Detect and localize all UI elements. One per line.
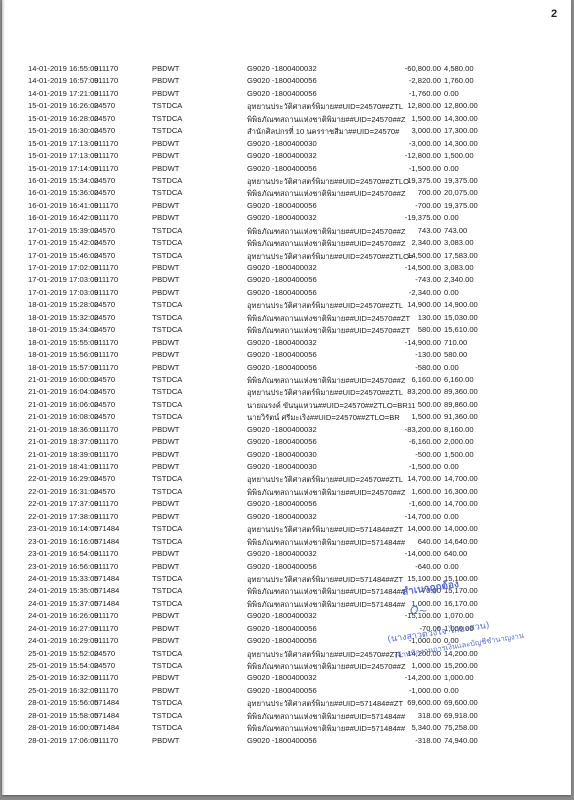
row-description: อุทยานประวัติศาสตร์พิมาย##UID=571484##ZT [247, 698, 403, 710]
row-description: G9020 -1800400056 [247, 89, 317, 98]
row-datetime: 23-01-2019 16:14:00 [28, 524, 99, 533]
row-description: G9020 -1800400032 [247, 673, 317, 682]
row-amount: -500.00 [415, 450, 441, 459]
row-code: 571484 [94, 574, 119, 583]
row-code: 911170 [94, 164, 118, 173]
row-amount: -14,900.00 [405, 338, 441, 347]
table-row: 21-01-2019 16:00:0024570TSTDCAพิพิธภัณฑส… [2, 375, 571, 387]
row-description: พิพิธภัณฑสถานแห่งชาติพิมาย##UID=24570##Z [247, 114, 406, 126]
row-balance: 20,075.00 [444, 188, 478, 197]
row-code: 911170 [94, 338, 118, 347]
row-amount: 12,800.00 [407, 101, 441, 110]
row-datetime: 15-01-2019 16:26:00 [28, 101, 99, 110]
row-datetime: 21-01-2019 18:37:00 [28, 437, 99, 446]
row-type: PBDWT [152, 350, 179, 359]
document-page: 2 14-01-2019 16:55:00911170PBDWTG9020 -1… [2, 0, 571, 795]
row-type: PBDWT [152, 636, 179, 645]
row-balance: 743.00 [444, 226, 467, 235]
row-balance: 15,200.00 [444, 661, 478, 670]
table-row: 23-01-2019 16:14:00571484TSTDCAอุทยานประ… [2, 524, 571, 536]
row-code: 911170 [94, 139, 118, 148]
row-code: 571484 [94, 711, 119, 720]
row-balance: 14,700.00 [444, 499, 478, 508]
row-amount: 640.00 [418, 537, 441, 546]
row-amount: 318.00 [418, 711, 441, 720]
row-type: TSTDCA [152, 238, 182, 247]
row-description: G9020 -1800400056 [247, 636, 317, 645]
row-datetime: 25-01-2019 15:54:00 [28, 661, 99, 670]
row-code: 911170 [94, 462, 118, 471]
row-type: PBDWT [152, 512, 179, 521]
table-row: 28-01-2019 15:56:00571484TSTDCAอุทยานประ… [2, 698, 571, 710]
row-datetime: 24-01-2019 16:29:00 [28, 636, 99, 645]
row-balance: 0.00 [444, 512, 459, 521]
table-row: 14-01-2019 17:21:00911170PBDWTG9020 -180… [2, 89, 571, 101]
row-amount: 1,600.00 [411, 487, 441, 496]
row-datetime: 22-01-2019 16:31:00 [28, 487, 99, 496]
row-description: พิพิธภัณฑสถานแห่งชาติพิมาย##UID=24570##Z [247, 661, 406, 673]
row-description: อุทยานประวัติศาสตร์พิมาย##UID=571484##ZT [247, 574, 403, 586]
row-datetime: 17-01-2019 17:02:00 [28, 263, 99, 272]
row-code: 911170 [94, 288, 118, 297]
row-code: 24570 [94, 251, 115, 260]
row-description: G9020 -1800400056 [247, 350, 317, 359]
table-row: 17-01-2019 17:03:00911170PBDWTG9020 -180… [2, 288, 571, 300]
row-description: G9020 -1800400032 [247, 64, 317, 73]
row-amount: 1,500.00 [411, 412, 441, 421]
row-amount: 500.00 [418, 400, 441, 409]
row-description: G9020 -1800400030 [247, 139, 317, 148]
row-balance: 1,760.00 [444, 76, 474, 85]
table-row: 25-01-2019 15:54:0024570TSTDCAพิพิธภัณฑส… [2, 661, 571, 673]
row-code: 24570 [94, 188, 115, 197]
row-type: PBDWT [152, 213, 179, 222]
row-balance: 15,030.00 [444, 313, 478, 322]
row-datetime: 24-01-2019 15:35:00 [28, 586, 99, 595]
row-code: 911170 [94, 151, 118, 160]
table-row: 16-01-2019 16:41:00911170PBDWTG9020 -180… [2, 201, 571, 213]
row-description: พิพิธภัณฑสถานแห่งชาติพิมาย##UID=24570##Z [247, 226, 406, 238]
row-datetime: 18-01-2019 15:55:00 [28, 338, 99, 347]
row-balance: 14,700.00 [444, 474, 478, 483]
row-description: G9020 -1800400056 [247, 76, 317, 85]
row-amount: 580.00 [418, 325, 441, 334]
row-amount: -1,500.00 [409, 462, 441, 471]
row-code: 911170 [94, 201, 118, 210]
row-code: 24570 [94, 412, 115, 421]
row-type: PBDWT [152, 76, 179, 85]
table-row: 17-01-2019 15:46:0024570TSTDCAอุทยานประว… [2, 251, 571, 263]
table-row: 16-01-2019 15:34:0024570TSTDCAอุทยานประว… [2, 176, 571, 188]
row-datetime: 28-01-2019 15:56:00 [28, 698, 99, 707]
table-row: 22-01-2019 16:29:0024570TSTDCAอุทยานประว… [2, 474, 571, 486]
row-type: TSTDCA [152, 114, 182, 123]
row-type: PBDWT [152, 437, 179, 446]
row-type: PBDWT [152, 288, 179, 297]
table-row: 17-01-2019 15:42:0024570TSTDCAพิพิธภัณฑส… [2, 238, 571, 250]
row-code: 911170 [94, 89, 118, 98]
table-row: 14-01-2019 16:57:00911170PBDWTG9020 -180… [2, 76, 571, 88]
row-balance: 89,360.00 [444, 387, 478, 396]
row-datetime: 14-01-2019 17:21:00 [28, 89, 99, 98]
row-datetime: 18-01-2019 15:32:00 [28, 313, 99, 322]
row-type: PBDWT [152, 499, 179, 508]
row-amount: 1,000.00 [411, 661, 441, 670]
table-row: 17-01-2019 17:02:00911170PBDWTG9020 -180… [2, 263, 571, 275]
row-datetime: 16-01-2019 15:34:00 [28, 176, 99, 185]
row-description: พิพิธภัณฑสถานแห่งชาติพิมาย##UID=24570##Z [247, 375, 406, 387]
table-row: 15-01-2019 17:13:00911170PBDWTG9020 -180… [2, 139, 571, 151]
row-description: อุทยานประวัติศาสตร์พิมาย##UID=24570##ZTL [247, 101, 403, 113]
table-row: 23-01-2019 16:16:00571484TSTDCAพิพิธภัณฑ… [2, 537, 571, 549]
row-amount: 3,000.00 [411, 126, 441, 135]
row-code: 911170 [94, 275, 118, 284]
row-amount: -14,000.00 [405, 549, 441, 558]
table-row: 21-01-2019 18:36:00911170PBDWTG9020 -180… [2, 425, 571, 437]
row-balance: 1,070.00 [444, 611, 474, 620]
row-code: 24570 [94, 474, 115, 483]
row-datetime: 24-01-2019 16:26:00 [28, 611, 99, 620]
row-description: G9020 -1800400032 [247, 425, 317, 434]
row-code: 911170 [94, 213, 118, 222]
row-datetime: 17-01-2019 17:03:00 [28, 288, 99, 297]
row-amount: 130.00 [418, 313, 441, 322]
row-balance: 16,170.00 [444, 599, 478, 608]
row-type: TSTDCA [152, 711, 182, 720]
row-type: TSTDCA [152, 375, 182, 384]
table-row: 17-01-2019 17:03:00911170PBDWTG9020 -180… [2, 275, 571, 287]
row-balance: 2,000.00 [444, 437, 474, 446]
row-description: G9020 -1800400056 [247, 686, 317, 695]
row-description: G9020 -1800400032 [247, 611, 317, 620]
table-row: 15-01-2019 16:26:0024570TSTDCAอุทยานประว… [2, 101, 571, 113]
row-datetime: 18-01-2019 15:28:00 [28, 300, 99, 309]
row-code: 911170 [94, 499, 118, 508]
row-datetime: 22-01-2019 17:38:00 [28, 512, 99, 521]
row-amount: -6,160.00 [409, 437, 441, 446]
row-balance: 12,800.00 [444, 101, 478, 110]
row-amount: 69,600.00 [407, 698, 441, 707]
row-code: 911170 [94, 673, 118, 682]
row-code: 571484 [94, 586, 119, 595]
row-description: G9020 -1800400032 [247, 263, 317, 272]
row-balance: 15,610.00 [444, 325, 478, 334]
row-datetime: 15-01-2019 17:13:00 [28, 151, 99, 160]
row-code: 911170 [94, 549, 118, 558]
row-type: TSTDCA [152, 226, 182, 235]
row-type: TSTDCA [152, 387, 182, 396]
row-amount: -130.00 [415, 350, 441, 359]
row-amount: 2,340.00 [411, 238, 441, 247]
row-type: PBDWT [152, 263, 179, 272]
row-type: TSTDCA [152, 251, 182, 260]
row-datetime: 16-01-2019 15:36:00 [28, 188, 99, 197]
row-balance: 14,000.00 [444, 524, 478, 533]
row-type: PBDWT [152, 611, 179, 620]
row-datetime: 16-01-2019 16:42:00 [28, 213, 99, 222]
row-description: อุทยานประวัติศาสตร์พิมาย##UID=24570##ZTL [247, 474, 403, 486]
row-amount: -743.00 [415, 275, 441, 284]
row-balance: 75,258.00 [444, 723, 478, 732]
row-datetime: 17-01-2019 15:39:00 [28, 226, 99, 235]
row-amount: -83,200.00 [405, 425, 441, 434]
row-datetime: 28-01-2019 17:06:00 [28, 736, 99, 745]
row-amount: 6,160.00 [411, 375, 441, 384]
row-description: พิพิธภัณฑสถานแห่งชาติพิมาย##UID=24570##Z [247, 487, 406, 499]
row-description: อุทยานประวัติศาสตร์พิมาย##UID=24570##ZTL [247, 300, 403, 312]
row-amount: -2,340.00 [409, 288, 441, 297]
row-type: TSTDCA [152, 176, 182, 185]
row-description: นายวิรัตน์ ศรีมะเริง##UID=24570##ZTLO=BR [247, 412, 400, 424]
row-amount: 14,500.00 [407, 251, 441, 260]
row-type: PBDWT [152, 201, 179, 210]
row-datetime: 18-01-2019 15:57:00 [28, 363, 99, 372]
signature: Ω~ [410, 604, 428, 617]
row-type: PBDWT [152, 624, 179, 633]
row-code: 571484 [94, 537, 119, 546]
row-description: G9020 -1800400032 [247, 549, 317, 558]
row-description: พิพิธภัณฑสถานแห่งชาติพิมาย##UID=571484## [247, 723, 405, 735]
table-row: 15-01-2019 17:14:00911170PBDWTG9020 -180… [2, 164, 571, 176]
table-row: 22-01-2019 17:37:00911170PBDWTG9020 -180… [2, 499, 571, 511]
row-balance: 0.00 [444, 164, 459, 173]
row-description: G9020 -1800400056 [247, 288, 317, 297]
row-datetime: 21-01-2019 18:41:00 [28, 462, 99, 471]
row-amount: 83,200.00 [407, 387, 441, 396]
row-description: พิพิธภัณฑสถานแห่งชาติพิมาย##UID=571484## [247, 586, 405, 598]
table-row: 18-01-2019 15:32:0024570TSTDCAพิพิธภัณฑส… [2, 313, 571, 325]
row-balance: 3,083.00 [444, 263, 474, 272]
table-row: 16-01-2019 15:36:0024570TSTDCAพิพิธภัณฑส… [2, 188, 571, 200]
row-balance: 19,375.00 [444, 201, 478, 210]
row-type: PBDWT [152, 549, 179, 558]
row-balance: 3,083.00 [444, 238, 474, 247]
row-description: G9020 -1800400032 [247, 512, 317, 521]
row-type: TSTDCA [152, 649, 182, 658]
row-type: TSTDCA [152, 599, 182, 608]
row-balance: 0.00 [444, 462, 459, 471]
row-amount: -1,500.00 [409, 164, 441, 173]
row-balance: 6,160.00 [444, 375, 474, 384]
row-datetime: 28-01-2019 15:58:00 [28, 711, 99, 720]
table-row: 25-01-2019 16:32:00911170PBDWTG9020 -180… [2, 686, 571, 698]
row-type: PBDWT [152, 686, 179, 695]
row-description: G9020 -1800400056 [247, 499, 317, 508]
table-row: 22-01-2019 17:38:00911170PBDWTG9020 -180… [2, 512, 571, 524]
row-datetime: 23-01-2019 16:54:00 [28, 549, 99, 558]
row-balance: 2,340.00 [444, 275, 474, 284]
row-balance: 74,940.00 [444, 736, 478, 745]
row-datetime: 22-01-2019 17:37:00 [28, 499, 99, 508]
row-balance: 19,375.00 [444, 176, 478, 185]
row-description: อุทยานประวัติศาสตร์พิมาย##UID=24570##ZTL… [247, 176, 409, 188]
row-datetime: 25-01-2019 15:52:00 [28, 649, 99, 658]
page-number: 2 [551, 8, 557, 20]
table-row: 21-01-2019 18:41:00911170PBDWTG9020 -180… [2, 462, 571, 474]
row-code: 911170 [94, 686, 118, 695]
row-datetime: 24-01-2019 15:33:00 [28, 574, 99, 583]
row-datetime: 18-01-2019 15:34:00 [28, 325, 99, 334]
row-code: 24570 [94, 226, 115, 235]
row-description: นายณรงค์ ขันนุแหวน##UID=24570##ZTLO=BR11 [247, 400, 416, 412]
table-row: 21-01-2019 16:06:0024570TSTDCAนายณรงค์ ข… [2, 400, 571, 412]
row-amount: 14,700.00 [407, 474, 441, 483]
row-datetime: 25-01-2019 16:32:00 [28, 686, 99, 695]
row-description: G9020 -1800400032 [247, 213, 317, 222]
row-description: G9020 -1800400056 [247, 275, 317, 284]
row-amount: -700.00 [415, 201, 441, 210]
row-balance: 0.00 [444, 288, 459, 297]
row-balance: 16,300.00 [444, 487, 478, 496]
row-datetime: 16-01-2019 16:41:00 [28, 201, 99, 210]
row-type: PBDWT [152, 89, 179, 98]
row-code: 911170 [94, 611, 118, 620]
table-row: 24-01-2019 15:35:00571484TSTDCAพิพิธภัณฑ… [2, 586, 571, 598]
table-row: 15-01-2019 16:28:0024570TSTDCAพิพิธภัณฑส… [2, 114, 571, 126]
row-amount: -14,700.00 [405, 512, 441, 521]
row-code: 24570 [94, 126, 115, 135]
row-type: PBDWT [152, 562, 179, 571]
row-code: 911170 [94, 263, 118, 272]
row-datetime: 15-01-2019 17:14:00 [28, 164, 99, 173]
row-code: 911170 [94, 624, 118, 633]
row-description: G9020 -1800400056 [247, 437, 317, 446]
row-balance: 1,000.00 [444, 673, 474, 682]
row-datetime: 14-01-2019 16:57:00 [28, 76, 99, 85]
row-description: อุทยานประวัติศาสตร์พิมาย##UID=24570##ZTL… [247, 251, 413, 263]
row-code: 911170 [94, 736, 118, 745]
row-amount: 743.00 [418, 226, 441, 235]
row-description: G9020 -1800400056 [247, 624, 317, 633]
table-row: 18-01-2019 15:57:00911170PBDWTG9020 -180… [2, 363, 571, 375]
table-row: 22-01-2019 16:31:0024570TSTDCAพิพิธภัณฑส… [2, 487, 571, 499]
row-code: 571484 [94, 599, 119, 608]
row-amount: -12,800.00 [405, 151, 441, 160]
row-datetime: 21-01-2019 16:00:00 [28, 375, 99, 384]
row-balance: 4,580.00 [444, 64, 474, 73]
row-description: G9020 -1800400056 [247, 164, 317, 173]
row-amount: -14,200.00 [405, 673, 441, 682]
row-datetime: 21-01-2019 18:39:00 [28, 450, 99, 459]
row-datetime: 15-01-2019 16:28:00 [28, 114, 99, 123]
row-type: TSTDCA [152, 313, 182, 322]
row-balance: 14,900.00 [444, 300, 478, 309]
row-code: 911170 [94, 636, 118, 645]
row-code: 24570 [94, 661, 115, 670]
row-type: TSTDCA [152, 400, 182, 409]
table-row: 28-01-2019 16:00:00571484TSTDCAพิพิธภัณฑ… [2, 723, 571, 735]
row-description: พิพิธภัณฑสถานแห่งชาติพิมาย##UID=24570##Z… [247, 313, 410, 325]
row-type: PBDWT [152, 450, 179, 459]
row-balance: 640.00 [444, 549, 467, 558]
row-description: อุทยานประวัติศาสตร์พิมาย##UID=571484##ZT [247, 524, 403, 536]
row-type: TSTDCA [152, 586, 182, 595]
row-datetime: 24-01-2019 16:27:00 [28, 624, 99, 633]
row-datetime: 21-01-2019 16:04:00 [28, 387, 99, 396]
table-row: 24-01-2019 15:33:00571484TSTDCAอุทยานประ… [2, 574, 571, 586]
row-code: 911170 [94, 350, 118, 359]
row-code: 24570 [94, 400, 115, 409]
table-row: 18-01-2019 15:55:00911170PBDWTG9020 -180… [2, 338, 571, 350]
row-type: PBDWT [152, 462, 179, 471]
table-row: 23-01-2019 16:56:00911170PBDWTG9020 -180… [2, 562, 571, 574]
row-description: G9020 -1800400056 [247, 201, 317, 210]
row-type: PBDWT [152, 64, 179, 73]
row-amount: 700.00 [418, 188, 441, 197]
table-row: 18-01-2019 15:34:0024570TSTDCAพิพิธภัณฑส… [2, 325, 571, 337]
row-balance: 0.00 [444, 686, 459, 695]
row-type: TSTDCA [152, 661, 182, 670]
row-balance: 0.00 [444, 213, 459, 222]
row-amount: -1,600.00 [409, 499, 441, 508]
row-code: 24570 [94, 101, 115, 110]
row-datetime: 24-01-2019 15:37:00 [28, 599, 99, 608]
row-balance: 580.00 [444, 350, 467, 359]
row-type: TSTDCA [152, 300, 182, 309]
row-description: พิพิธภัณฑสถานแห่งชาติพิมาย##UID=571484## [247, 711, 405, 723]
row-type: PBDWT [152, 275, 179, 284]
row-type: TSTDCA [152, 126, 182, 135]
row-datetime: 14-01-2019 16:55:00 [28, 64, 99, 73]
row-description: G9020 -1800400032 [247, 151, 317, 160]
row-type: TSTDCA [152, 524, 182, 533]
row-balance: 14,300.00 [444, 139, 478, 148]
row-amount: -1,760.00 [409, 89, 441, 98]
row-balance: 69,600.00 [444, 698, 478, 707]
row-description: พิพิธภัณฑสถานแห่งชาติพิมาย##UID=24570##Z [247, 188, 406, 200]
row-description: พิพิธภัณฑสถานแห่งชาติพิมาย##UID=24570##Z… [247, 325, 410, 337]
row-type: TSTDCA [152, 325, 182, 334]
row-amount: -2,820.00 [409, 76, 441, 85]
row-code: 911170 [94, 76, 118, 85]
row-type: TSTDCA [152, 188, 182, 197]
row-description: อุทยานประวัติศาสตร์พิมาย##UID=24570##ZTL [247, 649, 403, 661]
row-type: PBDWT [152, 425, 179, 434]
row-balance: 89,860.00 [444, 400, 478, 409]
row-code: 911170 [94, 450, 118, 459]
table-row: 21-01-2019 18:39:00911170PBDWTG9020 -180… [2, 450, 571, 462]
row-balance: 17,300.00 [444, 126, 478, 135]
row-code: 571484 [94, 723, 119, 732]
row-datetime: 23-01-2019 16:16:00 [28, 537, 99, 546]
table-row: 25-01-2019 16:32:00911170PBDWTG9020 -180… [2, 673, 571, 685]
table-row: 15-01-2019 17:13:00911170PBDWTG9020 -180… [2, 151, 571, 163]
row-balance: 69,918.00 [444, 711, 478, 720]
row-description: G9020 -1800400056 [247, 562, 317, 571]
row-code: 911170 [94, 437, 118, 446]
table-row: 18-01-2019 15:28:0024570TSTDCAอุทยานประว… [2, 300, 571, 312]
row-balance: 17,583.00 [444, 251, 478, 260]
row-code: 24570 [94, 313, 115, 322]
table-row: 21-01-2019 18:37:00911170PBDWTG9020 -180… [2, 437, 571, 449]
row-description: G9020 -1800400030 [247, 462, 317, 471]
row-type: TSTDCA [152, 412, 182, 421]
row-amount: 14,900.00 [407, 300, 441, 309]
row-description: อุทยานประวัติศาสตร์พิมาย##UID=24570##ZTL [247, 387, 403, 399]
table-row: 28-01-2019 15:58:00571484TSTDCAพิพิธภัณฑ… [2, 711, 571, 723]
row-amount: 5,340.00 [411, 723, 441, 732]
row-amount: -3,000.00 [409, 139, 441, 148]
row-datetime: 21-01-2019 18:36:00 [28, 425, 99, 434]
row-datetime: 22-01-2019 16:29:00 [28, 474, 99, 483]
row-datetime: 28-01-2019 16:00:00 [28, 723, 99, 732]
table-row: 18-01-2019 15:56:00911170PBDWTG9020 -180… [2, 350, 571, 362]
row-code: 911170 [94, 425, 118, 434]
row-datetime: 23-01-2019 16:56:00 [28, 562, 99, 571]
row-type: PBDWT [152, 363, 179, 372]
table-row: 24-01-2019 15:37:00571484TSTDCAพิพิธภัณฑ… [2, 599, 571, 611]
row-datetime: 21-01-2019 16:06:00 [28, 400, 99, 409]
